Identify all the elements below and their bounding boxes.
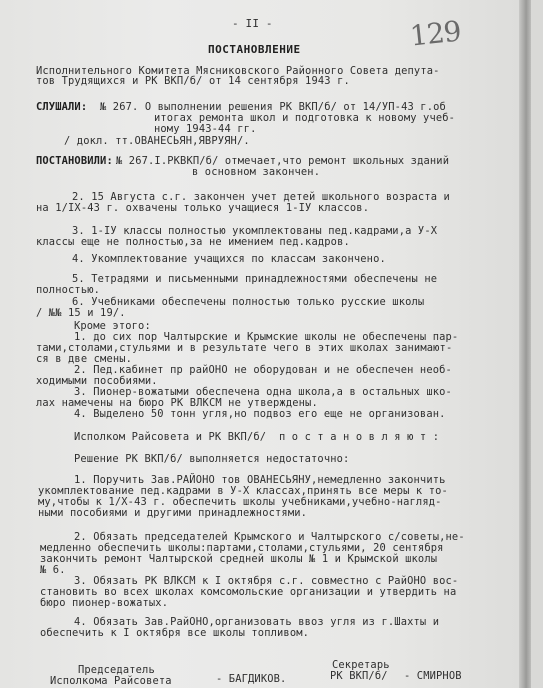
point-line: / №№ 15 и 19/. — [36, 308, 126, 319]
chair-name: - БАГДИКОВ. — [216, 674, 286, 685]
slushali-line: ному 1943-44 гг. — [154, 124, 257, 135]
point-line: 4. Укомплектование учащихся по классам з… — [72, 254, 386, 265]
document-title: ПОСТАНОВЛЕНИЕ — [208, 44, 301, 55]
order-line: бюро пионер-вожатых. — [40, 598, 168, 609]
postanovili-line: в основном закончен. — [192, 167, 320, 178]
order-line: обеспечить к I октября все школы топливо… — [40, 628, 309, 639]
slushali-label: СЛУШАЛИ: — [36, 102, 87, 113]
point-line: на 1/IX-43 г. охвачены только учащиеся 1… — [36, 203, 369, 214]
point-line: классы еще не полностью,за не имением пе… — [36, 237, 350, 248]
page-number: - II - — [232, 18, 273, 29]
decision-line: Решение РК ВКП/б/ выполняется недостаточ… — [74, 454, 349, 465]
point-line: полностью. — [36, 285, 100, 296]
postanovili-label: ПОСТАНОВИЛИ: — [36, 156, 113, 167]
chair-title: Исполкома Райсовета — [50, 676, 172, 687]
page-edge-shadow — [519, 0, 531, 688]
decree-line: Исполком Райсовета и РК ВКП/б/ п о с т а… — [74, 432, 439, 443]
speakers-line: / докл. тт.ОВАНЕСЬЯН,ЯВРУЯН/. — [64, 136, 250, 147]
order-line: закончить ремонт Чалтырской средней школ… — [40, 554, 437, 565]
document-page: - II - 129 ПОСТАНОВЛЕНИЕ Исполнительного… — [0, 0, 531, 688]
order-line: № 6. — [40, 565, 66, 576]
archive-number: 129 — [410, 25, 461, 41]
point-line: 5. Тетрадями и письменными принадлежност… — [72, 274, 437, 285]
order-line: ными пособиями и другими принадлежностям… — [38, 508, 307, 519]
header-line: тов Трудящихся и РК ВКП/б/ от 14 сентябр… — [36, 76, 350, 87]
secretary-title: РК ВКП/б/ — [330, 671, 388, 682]
issue-line: 4. Выделено 50 тонн угля,но подвоз его е… — [74, 409, 446, 420]
secretary-name: - СМИРНОВ — [404, 671, 462, 682]
